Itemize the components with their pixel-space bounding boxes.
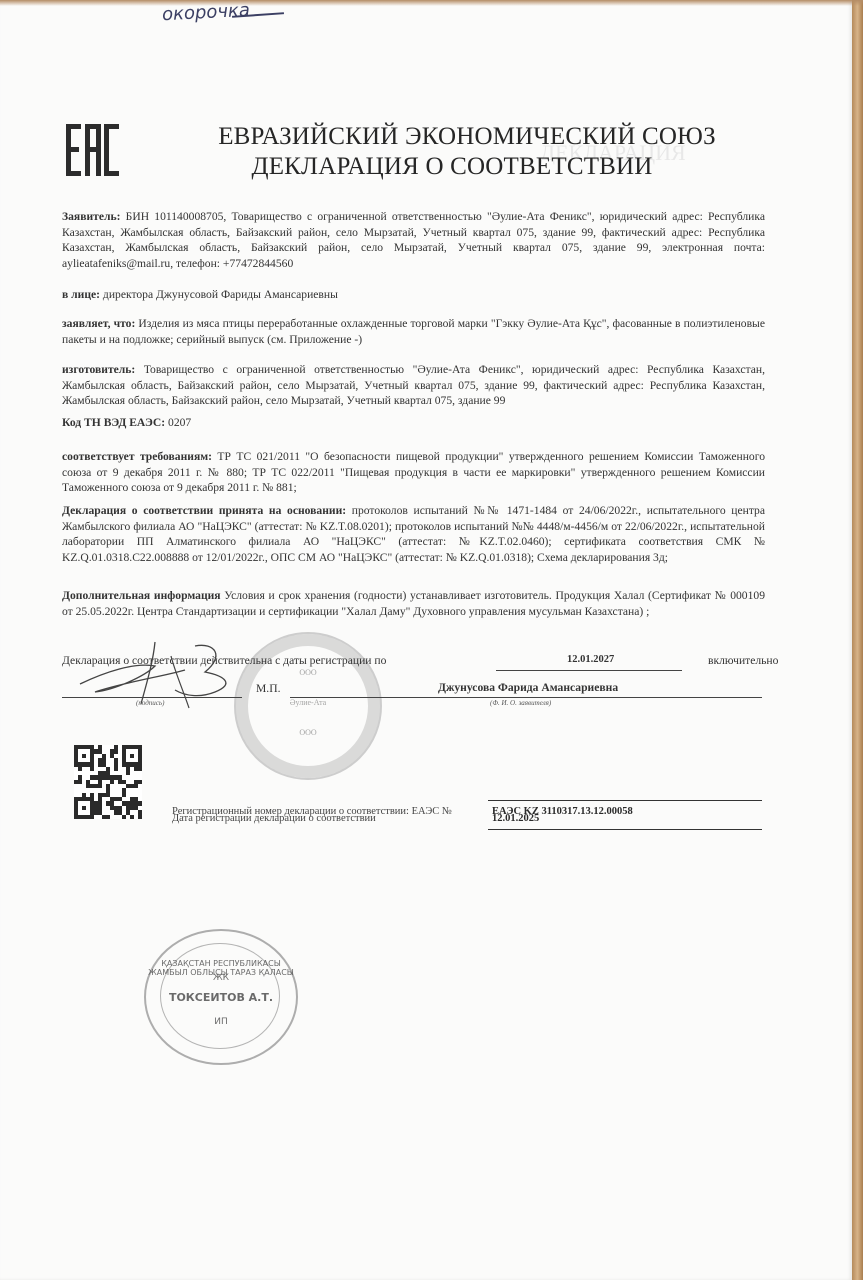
title-declaration: ДЕКЛАРАЦИЯ О СООТВЕТСТВИИ xyxy=(184,152,720,182)
applicant-text: БИН 101140008705, Товарищество с огранич… xyxy=(62,210,765,270)
stamp-name: ТОКСЕИТОВ А.Т. xyxy=(146,991,296,1004)
represented-by-label: в лице: xyxy=(62,288,100,301)
hs-code-section: Код ТН ВЭД ЕАЭС: 0207 xyxy=(62,415,765,431)
qr-code[interactable] xyxy=(74,745,142,819)
top-edge xyxy=(0,0,863,6)
title-union: ЕВРАЗИЙСКИЙ ЭКОНОМИЧЕСКИЙ СОЮЗ xyxy=(214,122,720,152)
declares-section: заявляет, что: Изделия из мяса птицы пер… xyxy=(62,316,765,347)
declares-label: заявляет, что: xyxy=(62,317,135,330)
page-edge xyxy=(852,0,863,1280)
registration-date-value: 12.01.2025 xyxy=(492,813,539,824)
additional-info-label: Дополнительная информация xyxy=(62,589,221,602)
stamp-line-3: ООО xyxy=(236,728,380,737)
complies-section: соответствует требованиям: ТР ТС 021/201… xyxy=(62,449,765,496)
applicant-section: Заявитель: БИН 101140008705, Товариществ… xyxy=(62,209,765,271)
applicant-label: Заявитель: xyxy=(62,210,120,223)
registration-date-label: Дата регистрации декларации о соответств… xyxy=(172,813,376,824)
validity-underline xyxy=(496,670,682,671)
seal-place-label: М.П. xyxy=(256,682,280,695)
stamp-top-text: ЖК xyxy=(146,973,296,983)
signature-row: М.П. Джунусова Фарида Амансариевна (подп… xyxy=(62,678,762,708)
document-title: ЕВРАЗИЙСКИЙ ЭКОНОМИЧЕСКИЙ СОЮЗ ДЕКЛАРАЦИ… xyxy=(200,122,720,182)
name-line xyxy=(290,697,762,698)
signer-name: Джунусова Фарида Амансариевна xyxy=(438,681,618,694)
signature-line xyxy=(62,697,242,698)
manufacturer-label: изготовитель: xyxy=(62,363,135,376)
eac-mark-icon xyxy=(66,124,122,176)
represented-by-text: директора Джунусовой Фариды Амансариевны xyxy=(100,288,338,301)
additional-info-section: Дополнительная информация Условия и срок… xyxy=(62,588,765,619)
complies-label: соответствует требованиям: xyxy=(62,450,212,463)
basis-label: Декларация о соответствии принята на осн… xyxy=(62,504,346,517)
name-caption: (Ф. И. О. заявителя) xyxy=(490,699,551,707)
hs-code-label: Код ТН ВЭД ЕАЭС: xyxy=(62,416,165,429)
signature-caption: (подпись) xyxy=(136,699,164,707)
validity-date: 12.01.2027 xyxy=(567,654,614,665)
manufacturer-text: Товарищество с ограниченной ответственно… xyxy=(62,363,765,407)
registration-date-line xyxy=(488,829,762,830)
hs-code-value: 0207 xyxy=(165,416,191,429)
represented-by-section: в лице: директора Джунусовой Фариды Аман… xyxy=(62,287,765,303)
basis-section: Декларация о соответствии принята на осн… xyxy=(62,503,765,565)
manufacturer-section: изготовитель: Товарищество с ограниченно… xyxy=(62,362,765,409)
declares-text: Изделия из мяса птицы переработанные охл… xyxy=(62,317,765,346)
validity-suffix: включительно xyxy=(708,654,778,667)
notary-stamp: ҚАЗАҚСТАН РЕСПУБЛИКАСЫ ЖАМБЫЛ ОБЛЫСЫ ТАР… xyxy=(144,929,298,1065)
registration-number-line xyxy=(488,800,762,801)
stamp-bottom-text: ИП xyxy=(146,1017,296,1027)
